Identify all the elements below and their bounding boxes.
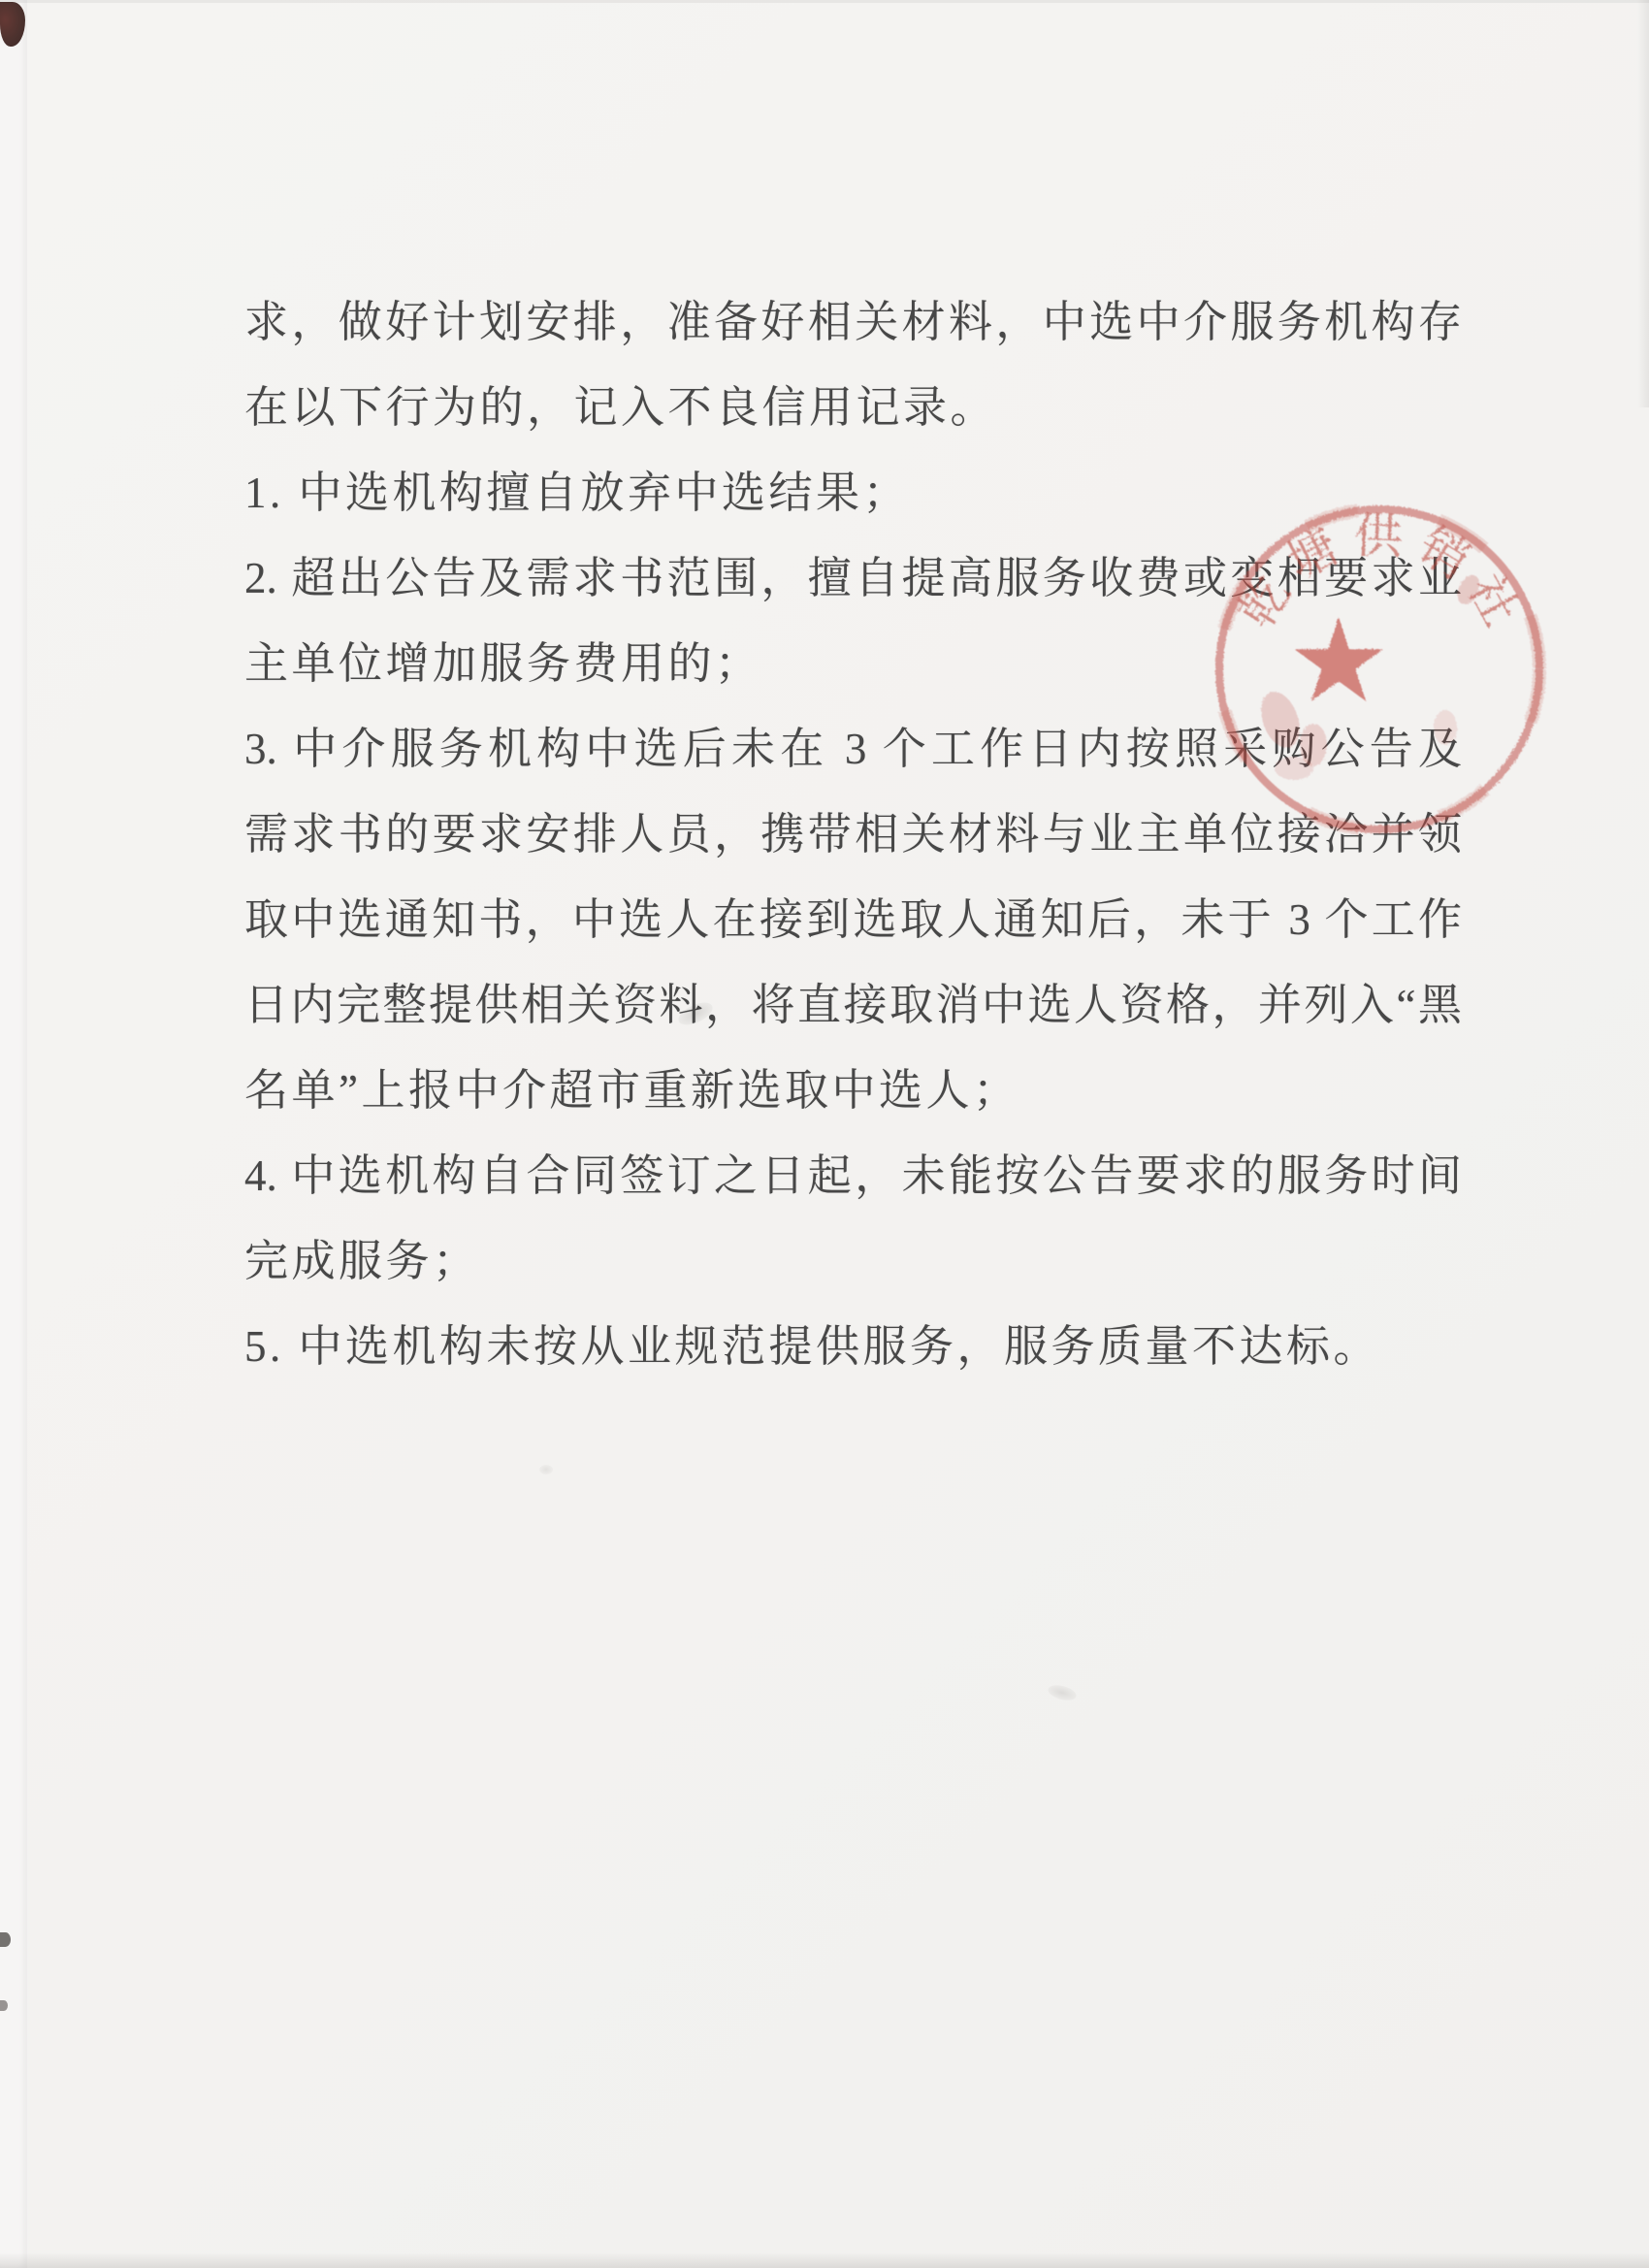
scan-artifact-edge — [0, 2000, 8, 2011]
scan-smudge — [1047, 1682, 1079, 1702]
document-line: 取中选通知书，中选人在接到选取人通知后，未于 3 个工作 — [244, 877, 1462, 962]
scan-shadow-bottom — [0, 2252, 1649, 2268]
document-line: 2. 超出公告及需求书范围，擅自提高服务收费或变相要求业 — [244, 535, 1462, 621]
scanner-edge-strip — [0, 0, 27, 2268]
document-line: 求，做好计划安排，准备好相关材料，中选中介服务机构存 — [244, 279, 1462, 365]
document-line: 3. 中介服务机构中选后未在 3 个工作日内按照采购公告及 — [244, 706, 1462, 792]
document-body: 求，做好计划安排，准备好相关材料，中选中介服务机构存 在以下行为的，记入不良信用… — [244, 279, 1462, 1389]
document-line: 完成服务； — [244, 1218, 1462, 1304]
document-line: 名单”上报中介超市重新选取中选人； — [244, 1048, 1462, 1133]
document-line: 4. 中选机构自合同签订之日起，未能按公告要求的服务时间 — [244, 1133, 1462, 1218]
document-line: 主单位增加服务费用的； — [244, 621, 1462, 706]
document-line: 日内完整提供相关资料，将直接取消中选人资格，并列入“黑 — [244, 962, 1462, 1048]
document-page: 求，做好计划安排，准备好相关材料，中选中介服务机构存 在以下行为的，记入不良信用… — [0, 0, 1649, 2268]
scan-shadow-right — [1637, 0, 1649, 407]
document-line: 在以下行为的，记入不良信用记录。 — [244, 365, 1462, 450]
document-line: 需求书的要求安排人员，携带相关材料与业主单位接洽并领 — [244, 792, 1462, 877]
scan-artifact-edge — [0, 1932, 11, 1947]
scan-smudge — [539, 1465, 553, 1474]
document-line: 5. 中选机构未按从业规范提供服务，服务质量不达标。 — [244, 1304, 1462, 1389]
scan-artifact-topline — [0, 0, 1649, 3]
document-line: 1. 中选机构擅自放弃中选结果； — [244, 450, 1462, 535]
